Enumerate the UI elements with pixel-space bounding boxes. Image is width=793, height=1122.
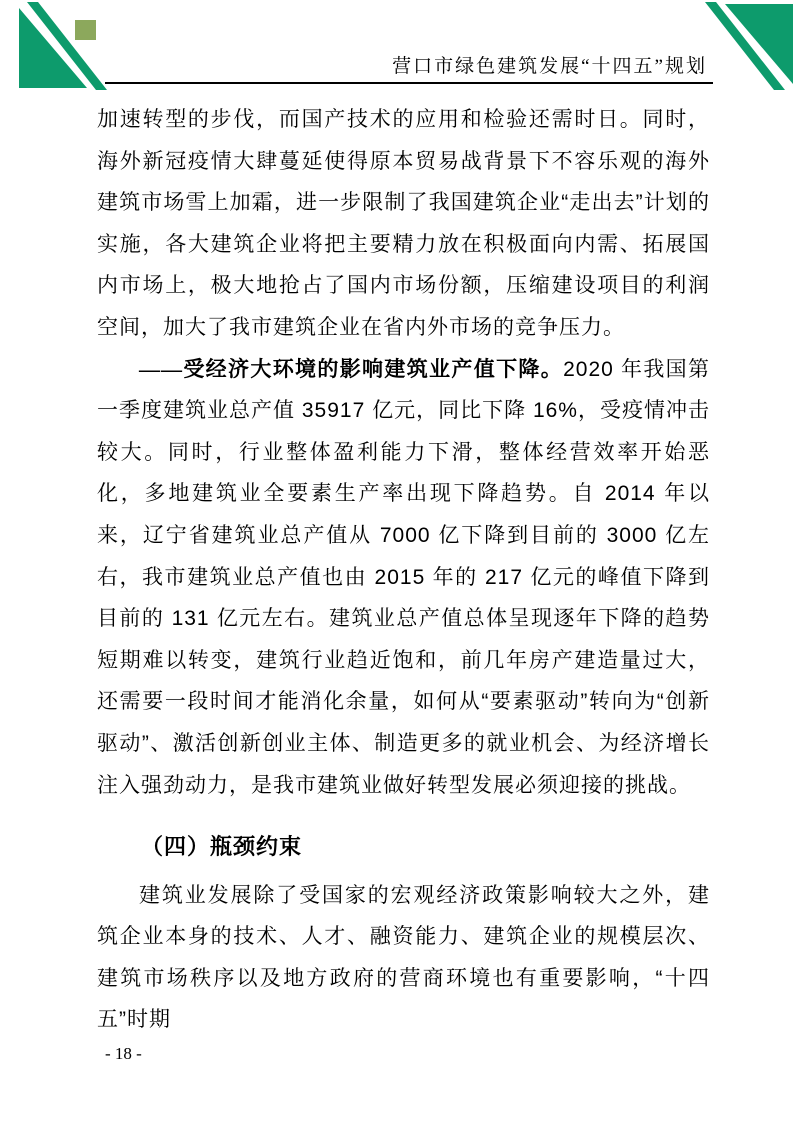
paragraph-2: ——受经济大环境的影响建筑业产值下降。2020 年我国第一季度建筑业总产值 35… [97,349,710,807]
paragraph-1: 加速转型的步伐，而国产技术的应用和检验还需时日。同时，海外新冠疫情大肆蔓延使得原… [97,99,710,349]
paragraph-3: 建筑业发展除了受国家的宏观经济政策影响较大之外，建筑企业本身的技术、人才、融资能… [97,875,710,1041]
corner-decoration-top-right [703,0,793,90]
paragraph-2-body: 2020 年我国第一季度建筑业总产值 35917 亿元，同比下降 16%，受疫情… [97,358,710,797]
document-body: 加速转型的步伐，而国产技术的应用和检验还需时日。同时，海外新冠疫情大肆蔓延使得原… [97,99,710,1041]
page-number: - 18 - [105,1044,142,1064]
paragraph-2-lead-emphasis: ——受经济大环境的影响建筑业产值下降。 [139,357,563,381]
corner-decoration-top-left [19,2,109,92]
document-page: 营口市绿色建筑发展“十四五”规划 加速转型的步伐，而国产技术的应用和检验还需时日… [0,0,793,1122]
corner-triangle [725,4,793,84]
deco-square [75,20,96,40]
section-heading-4: （四）瓶颈约束 [97,826,710,868]
page-header: 营口市绿色建筑发展“十四五”规划 [105,0,713,84]
header-title: 营口市绿色建筑发展“十四五”规划 [392,51,707,78]
